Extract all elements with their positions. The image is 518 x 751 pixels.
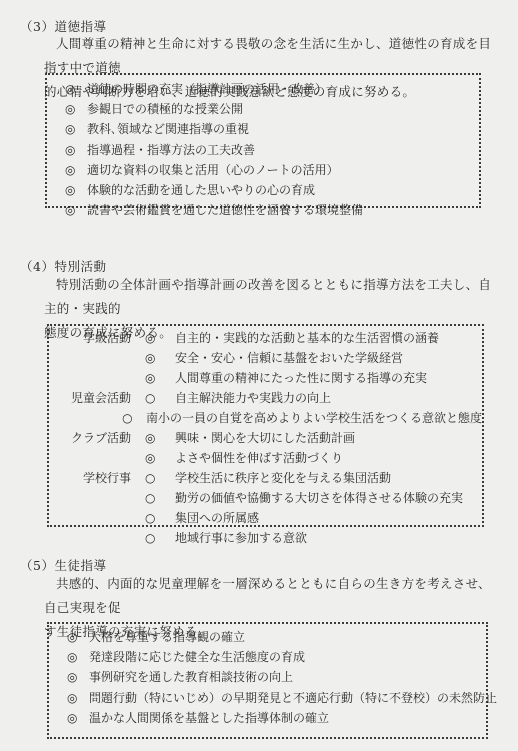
item-text: 学校生活に秩序と変化を与える集団活動 [167,468,391,488]
double-circle-icon: ◎ [65,79,87,99]
intro-line: 共感的、内面的な児童理解を一層深めるとともに自らの生き方を考えさせ、自己実現を促 [44,572,494,620]
double-circle-icon: ◎ [131,448,167,468]
circle-icon: ○ [131,508,167,528]
item-text: 適切な資料の収集と活用（心のノートの活用） [87,163,339,177]
item-text: 地域行事に参加する意欲 [167,528,307,548]
category-label: 児童会活動 [49,388,131,408]
item-text: 温かな人間関係を基盤とした指導体制の確立 [89,711,329,725]
category-label [49,368,131,388]
item-text: 道徳の時間の充実（指導計画の活用・改善） [87,82,327,96]
list-item: ◎読書や芸術鑑賞を通した道徳性を涵養する環境整備 [47,200,479,220]
item-text: 事例研究を通した教育相談技術の向上 [89,670,293,684]
table-row: ○地域行事に参加する意欲 [49,528,482,548]
section-4-item-box: 学級活動◎自主的・実践的な活動と基本的な生活習慣の涵養 ◎安全・安心・信頼に基盤… [47,324,484,527]
intro-line: 特別活動の全体計画や指導計画の改善を図るとともに指導方法を工夫し、自主的・実践的 [44,273,494,321]
item-text: 自主的・実践的な活動と基本的な生活習慣の涵養 [167,328,439,348]
table-row: 児童会活動○自主解決能力や実践力の向上 [49,388,482,408]
category-label: 学級活動 [49,328,131,348]
double-circle-icon: ◎ [131,348,167,368]
item-text: 勤労の価値や協働する大切さを体得させる体験の充実 [167,488,463,508]
section-3-item-box: ◎道徳の時間の充実（指導計画の活用・改善） ◎参観日での積極的な授業公開 ◎教科… [45,73,481,208]
circle-icon: ○ [131,488,167,508]
table-row: ◎人間尊重の精神にたった性に関する指導の充実 [49,368,482,388]
list-item: ◎適切な資料の収集と活用（心のノートの活用） [47,160,479,180]
double-circle-icon: ◎ [67,708,89,728]
list-item: ◎事例研究を通した教育相談技術の向上 [49,667,486,687]
category-label [49,488,131,508]
double-circle-icon: ◎ [131,368,167,388]
item-text: 参観日での積極的な授業公開 [87,102,243,116]
double-circle-icon: ◎ [67,667,89,687]
list-item: ◎問題行動（特にいじめ）の早期発見と不適応行動（特に不登校）の未然防止 [49,688,486,708]
table-row: クラブ活動◎興味・関心を大切にした活動計画 [49,428,482,448]
circle-icon: ○ [131,388,167,408]
item-text: 人格を尊重する指導観の確立 [89,630,245,644]
double-circle-icon: ◎ [131,328,167,348]
table-row: ◎安全・安心・信頼に基盤をおいた学級経営 [49,348,482,368]
double-circle-icon: ◎ [67,688,89,708]
item-text: よさや個性を伸ばす活動づくり [167,448,343,468]
item-text: 発達段階に応じた健全な生活態度の育成 [89,650,305,664]
item-text: 安全・安心・信頼に基盤をおいた学級経営 [167,348,403,368]
list-item: ◎参観日での積極的な授業公開 [47,99,479,119]
category-label [49,508,131,528]
item-text: 自主解決能力や実践力の向上 [167,388,331,408]
category-label [49,348,131,368]
item-text: 人間尊重の精神にたった性に関する指導の充実 [167,368,427,388]
double-circle-icon: ◎ [65,99,87,119]
item-text: 読書や芸術鑑賞を通した道徳性を涵養する環境整備 [87,203,363,217]
item-text: 体験的な活動を通した思いやりの心の育成 [87,183,315,197]
circle-icon: ○ [108,408,138,428]
circle-icon: ○ [131,528,167,548]
double-circle-icon: ◎ [131,428,167,448]
list-item: ◎発達段階に応じた健全な生活態度の育成 [49,647,486,667]
category-label: クラブ活動 [49,428,131,448]
category-label [49,448,131,468]
table-row: 学校行事○学校生活に秩序と変化を与える集団活動 [49,468,482,488]
double-circle-icon: ◎ [65,200,87,220]
section-5-item-box: ◎人格を尊重する指導観の確立 ◎発達段階に応じた健全な生活態度の育成 ◎事例研究… [47,622,488,739]
table-row: ○勤労の価値や協働する大切さを体得させる体験の充実 [49,488,482,508]
table-row: ◎よさや個性を伸ばす活動づくり [49,448,482,468]
item-text: 問題行動（特にいじめ）の早期発見と不適応行動（特に不登校）の未然防止 [89,691,497,705]
double-circle-icon: ◎ [65,140,87,160]
double-circle-icon: ◎ [67,627,89,647]
list-item: ◎指導過程・指導方法の工夫改善 [47,140,479,160]
list-item: ◎教科､領域など関連指導の重視 [47,119,479,139]
table-row: 学級活動◎自主的・実践的な活動と基本的な生活習慣の涵養 [49,328,482,348]
item-text: 興味・関心を大切にした活動計画 [167,428,355,448]
double-circle-icon: ◎ [65,160,87,180]
category-label: 学校行事 [49,468,131,488]
list-item: ◎体験的な活動を通した思いやりの心の育成 [47,180,479,200]
double-circle-icon: ◎ [65,119,87,139]
circle-icon: ○ [131,468,167,488]
item-text: 指導過程・指導方法の工夫改善 [87,143,255,157]
item-text: 教科､領域など関連指導の重視 [87,122,249,136]
item-text: 集団への所属感 [167,508,259,528]
list-item: ◎道徳の時間の充実（指導計画の活用・改善） [47,79,479,99]
double-circle-icon: ◎ [65,180,87,200]
item-text: 南小の一員の自覚を高めよりよい学校生活をつくる意欲と態度 [138,408,482,428]
double-circle-icon: ◎ [67,647,89,667]
table-row: ○集団への所属感 [49,508,482,528]
category-label [49,528,131,548]
list-item: ◎温かな人間関係を基盤とした指導体制の確立 [49,708,486,728]
category-label [49,408,108,428]
table-row: ○南小の一員の自覚を高めよりよい学校生活をつくる意欲と態度 [49,408,482,428]
list-item: ◎人格を尊重する指導観の確立 [49,627,486,647]
